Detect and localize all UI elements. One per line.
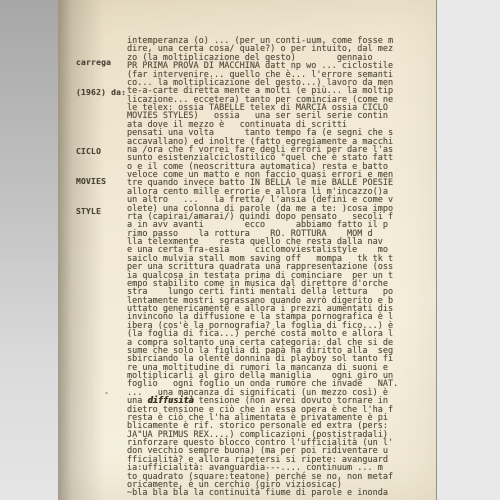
margin-author: carrega bbox=[76, 58, 124, 68]
paper-speck bbox=[105, 392, 108, 394]
margin-title-line: CICLO bbox=[76, 147, 124, 157]
margin-title-line: MOVIES bbox=[76, 177, 124, 187]
margin-work-title: CICLO MOVIES STYLE bbox=[76, 127, 124, 237]
margin-title-line: STYLE bbox=[76, 207, 124, 217]
scanner-bed-shadow bbox=[0, 0, 62, 500]
typed-text: intemperanza (o) ... (per un conti-uum, … bbox=[127, 37, 397, 498]
typed-line: ~bla bla bla la continuità fiume di paro… bbox=[127, 489, 397, 497]
margin-year-source: (1962) da: bbox=[76, 88, 124, 98]
margin-annotation: carrega (1962) da: CICLO MOVIES STYLE bbox=[76, 38, 124, 247]
